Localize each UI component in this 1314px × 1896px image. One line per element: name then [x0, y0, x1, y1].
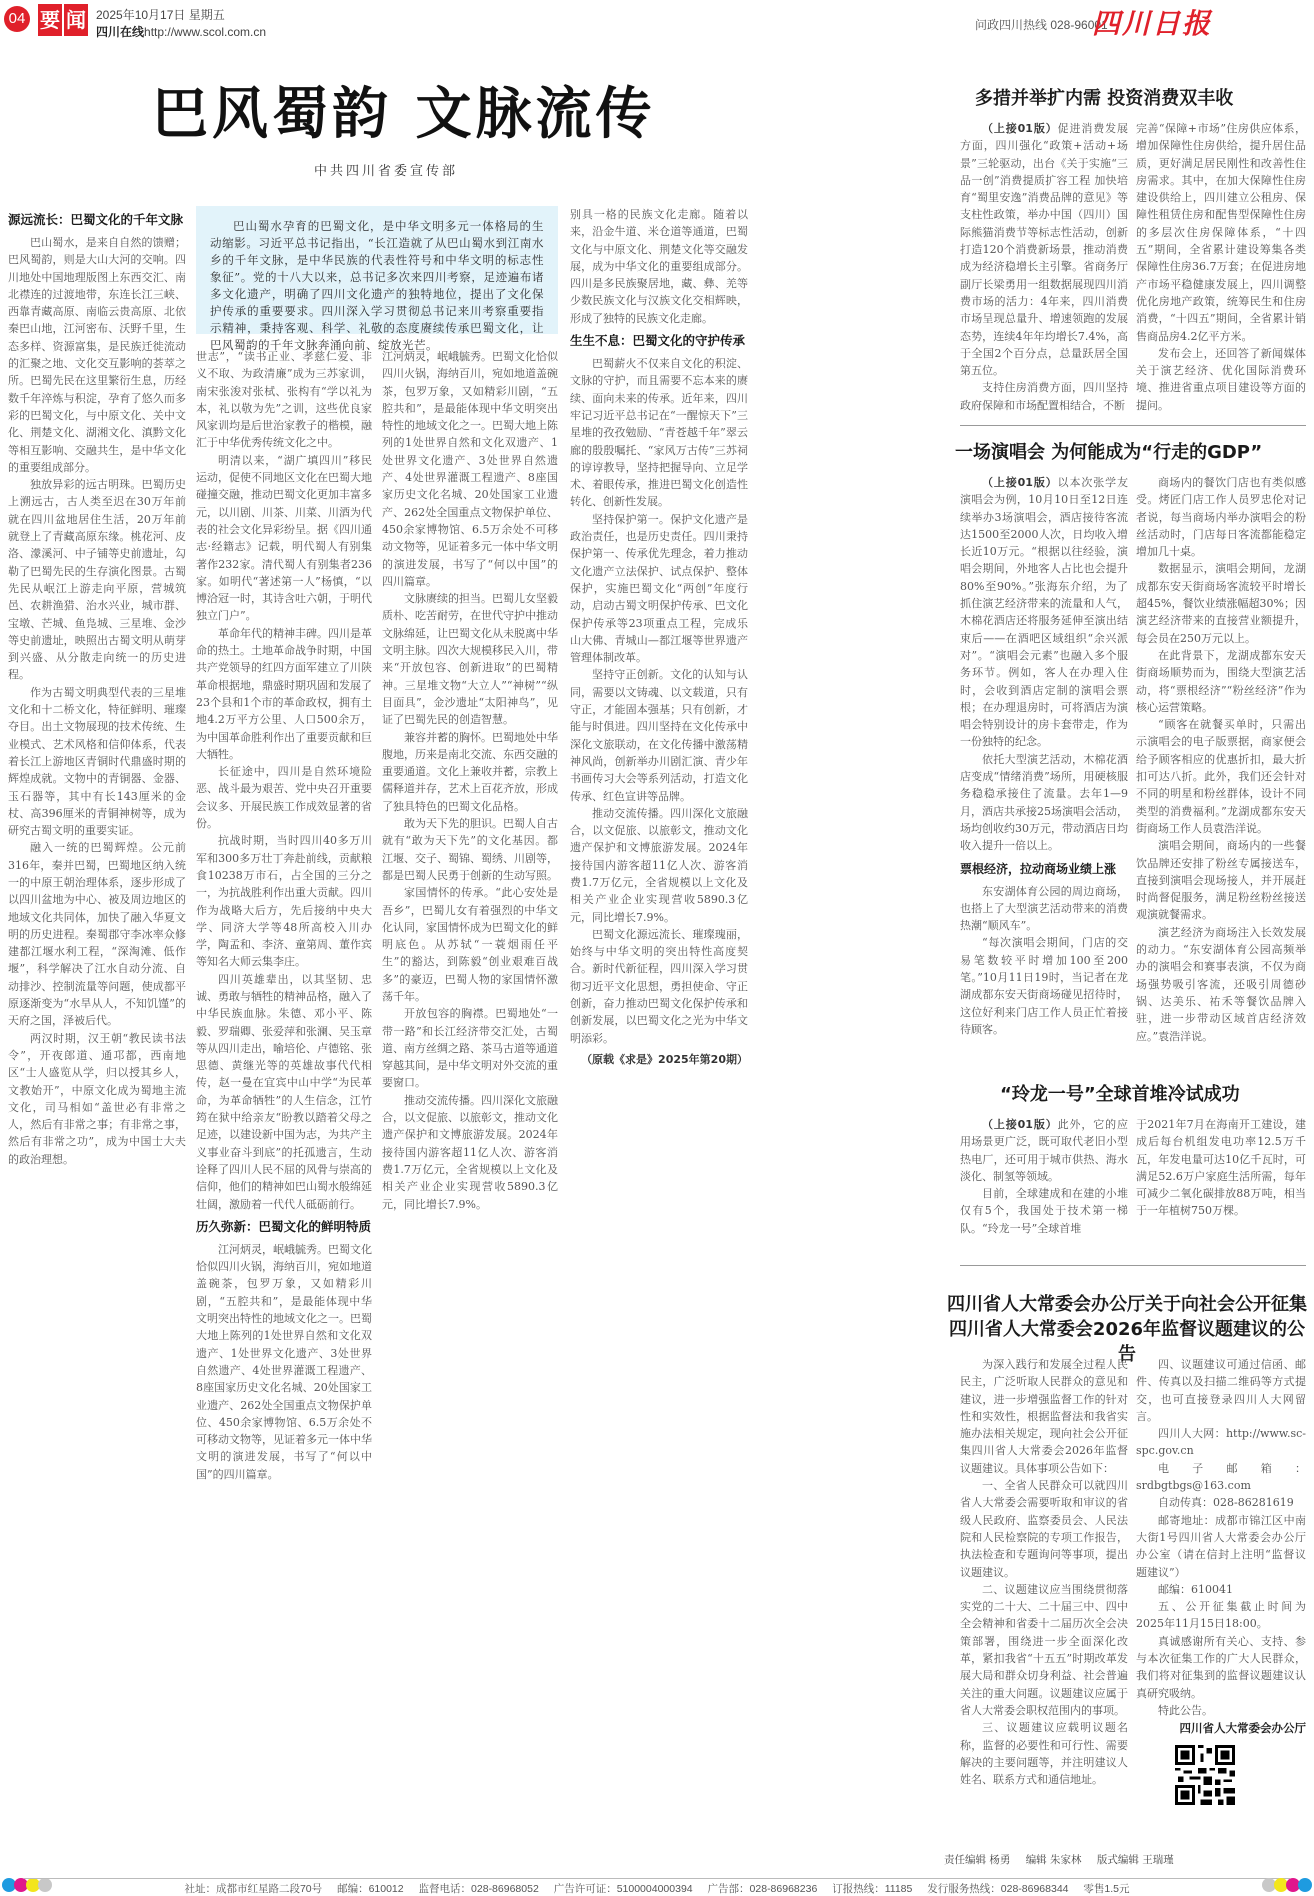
paragraph: 推动交流传播。四川深化文旅融合，以文促旅、以旅彰文，推动文化遗产保护和文博旅游发… — [382, 1092, 558, 1213]
paragraph: 巴蜀文化源远流长、璀璨瑰丽，始终与中华文明的突出特性高度契合。新时代新征程，四川… — [570, 926, 748, 1047]
article-1-column-1: （上接01版）促进消费发展方面，四川强化“政策+活动+场景”三轮驱动，出台《关于… — [960, 120, 1128, 418]
layout-editor: 版式编辑 王瑞瑾 — [1097, 1854, 1174, 1866]
paragraph: 明清以来，“湖广填四川”移民运动，促使不同地区文化在巴蜀大地碰撞交融，推动巴蜀文… — [196, 452, 372, 625]
paragraph: 推动交流传播。四川深化文旅融合，以文促旅、以旅彰文，推动文化遗产保护和文博旅游发… — [570, 805, 748, 926]
paragraph: 发布会上，还回答了新闻媒体关于演艺经济、优化国际消费环境、推进省重点项目建设等方… — [1136, 345, 1306, 414]
paragraph: 四、议题建议可通过信函、邮件、传真以及扫描二维码等方式提交，也可直接登录四川人大… — [1136, 1356, 1306, 1425]
paragraph: 革命年代的精神丰碑。四川是革命的热土。土地革命战争时期，中国共产党领导的红四方面… — [196, 625, 372, 763]
article-2-column-1: （上接01版）以本次张学友演唱会为例，10月10日至12日连续举办3场演唱会，酒… — [960, 474, 1128, 1064]
paragraph: 以本次张学友演唱会为例，10月10日至12日连续举办3场演唱会，酒店接待客流达1… — [960, 476, 1128, 748]
notice-column-2: 四、议题建议可通过信函、邮件、传真以及扫描二维码等方式提交，也可直接登录四川人大… — [1136, 1356, 1306, 1736]
article-3-column-2: 于2021年7月在海南开工建设，建成后每台机组发电功率12.5万千瓦，年发电量可… — [1136, 1116, 1306, 1244]
qr-code-icon — [1175, 1745, 1235, 1805]
paragraph: 为深入践行和发展全过程人民民主，广泛听取人民群众的意见和建议，进一步增强监督工作… — [960, 1356, 1128, 1477]
footer-address: 社址：成都市红星路二段70号 — [184, 1883, 322, 1895]
article-2-column-2: 商场内的餐饮门店也有类似感受。烤匠门店工作人员罗忠伦对记者说，每当商场内举办演唱… — [1136, 474, 1306, 1064]
paragraph: 开放包容的胸襟。巴蜀地处“一带一路”和长江经济带交汇处，古蜀道、南方丝绸之路、茶… — [382, 1005, 558, 1091]
paragraph: 数据显示，演唱会期间，龙湖成都东安天街商场客流较平时增长超45%，餐饮业绩涨幅超… — [1136, 560, 1306, 646]
email-line[interactable]: 电子邮箱：srdbgtbgs@163.com — [1136, 1460, 1306, 1495]
divider — [960, 1265, 1306, 1266]
closing: 特此公告。 — [1136, 1702, 1306, 1719]
feature-intro-box: 巴山蜀水孕育的巴蜀文化，是中华文明多元一体格局的生动缩影。习近平总书记指出，“长… — [196, 206, 558, 334]
paragraph: 四川英雄辈出，以其坚韧、忠诚、勇敢与牺牲的精神品格，融入了中华民族血脉。朱德、邓… — [196, 971, 372, 1213]
paragraph: 依托大型演艺活动，木棉花酒店变成“情绪消费”场所，用硬核服务稳稳承接住了流量。去… — [960, 751, 1128, 855]
divider — [960, 425, 1306, 426]
paragraph: 别具一格的民族文化走廊。随着以来，沿金牛道、米仓道等通道，巴蜀文化与中原文化、荆… — [570, 206, 748, 327]
footer-rule — [24, 1878, 1290, 1879]
paragraph: 独放异彩的远古明珠。巴蜀历史上溯远古，古人类至迟在30万年前就在四川盆地居住生活… — [8, 476, 186, 684]
source-note: （原载《求是》2025年第20期） — [570, 1051, 748, 1067]
paragraph: 在此背景下，龙湖成都东安天街商场顺势而为，围绕大型演艺活动，将“票根经济”“粉丝… — [1136, 647, 1306, 716]
article-3-headline: “玲龙一号”全球首堆冷试成功 — [1000, 1080, 1240, 1106]
paragraph: 完善“保障+市场”住房供应体系，增加保障性住房供给，提升居住品质，更好满足居民刚… — [1136, 120, 1306, 345]
feature-column-4: 别具一格的民族文化走廊。随着以来，沿金牛道、米仓道等通道，巴蜀文化与中原文化、荆… — [570, 206, 748, 1846]
notice-headline-line-1: 四川省人大常委会办公厅关于向社会公开征集 — [940, 1292, 1314, 1317]
paragraph: 五、公开征集截止时间为2025年11月15日18:00。 — [1136, 1598, 1306, 1633]
masthead: 04 要 闻 2025年10月17日 星期五 四川在线http://www.sc… — [0, 0, 1314, 44]
editor-credits: 责任编辑 杨勇 编辑 朱家林 版式编辑 王瑞瑾 — [944, 1852, 1186, 1867]
site-url[interactable]: http://www.scol.com.cn — [144, 25, 266, 39]
section-heading: 历久弥新：巴蜀文化的鲜明特质 — [196, 1217, 372, 1237]
feature-column-1: 源远流长：巴蜀文化的千年文脉 巴山蜀水，是来自自然的馈赠；巴风蜀韵，则是大山大河… — [8, 206, 186, 1846]
section-heading: 源远流长：巴蜀文化的千年文脉 — [8, 210, 186, 230]
continuation-lead: （上接01版） — [982, 122, 1058, 135]
paragraph: 文脉赓续的担当。巴蜀儿女坚毅质朴、吃苦耐劳，在世代守护中推动文脉绵延，让巴蜀文化… — [382, 590, 558, 728]
paragraph: 促进消费发展方面，四川强化“政策+活动+场景”三轮驱动，出台《关于实施“三品一创… — [960, 122, 1128, 377]
paragraph: 坚持守正创新。文化的认知与认同，需要以文铸魂、以文载道，只有守正，才能固本强基；… — [570, 666, 748, 804]
issue-date: 2025年10月17日 星期五 — [96, 6, 225, 23]
footer-ad-dept: 广告部：028-86968236 — [708, 1883, 818, 1895]
paragraph: 巴山蜀水，是来自自然的馈赠；巴风蜀韵，则是大山大河的交响。四川地处中国地理版图上… — [8, 234, 186, 476]
address-line: 邮寄地址：成都市锦江区中南大街1号四川省人大常委会办公厅办公室（请在信封上注明“… — [1136, 1512, 1306, 1581]
feature-byline: 中共四川省委宣传部 — [314, 160, 458, 179]
paragraph: 坚持保护第一。保护文化遗产是政治责任，也是历史责任。四川秉持保护第一、传承优先理… — [570, 511, 748, 667]
paragraph: 江河炳灵，岷峨毓秀。巴蜀文化恰似四川火锅，海纳百川，宛如地道盖碗茶，包罗万象，又… — [382, 348, 558, 590]
hotline: 问政四川热线 028-96001 — [975, 16, 1108, 33]
paragraph: 二、议题建议应当围绕贯彻落实党的二十大、二十届三中、四中全会精神和省委十二届历次… — [960, 1581, 1128, 1719]
paragraph: 两汉时期，汉王朝“教民读书法令”，开夜郎道、通邛都，西南地区“士人盛览从学，归以… — [8, 1030, 186, 1168]
paragraph: 商场内的餐饮门店也有类似感受。烤匠门店工作人员罗忠伦对记者说，每当商场内举办演唱… — [1136, 474, 1306, 560]
feature-intro-text: 巴山蜀水孕育的巴蜀文化，是中华文明多元一体格局的生动缩影。习近平总书记指出，“长… — [210, 218, 544, 354]
article-1-headline: 多措并举扩内需 投资消费双丰收 — [975, 84, 1233, 110]
paragraph: 真诚感谢所有关心、支持、参与本次征集工作的广大人民群众，我们将对征集到的监督议题… — [1136, 1633, 1306, 1702]
chief-editor: 责任编辑 杨勇 — [944, 1854, 1010, 1866]
footer-ad-license: 广告许可证：5100004000394 — [554, 1883, 693, 1895]
site-label: 四川在线 — [96, 25, 144, 39]
article-3-column-1: （上接01版）此外，它的应用场景更广泛，既可取代老旧小型热电厂，还可用于城市供热… — [960, 1116, 1128, 1244]
footer-postcode: 邮编：610012 — [337, 1883, 404, 1895]
newspaper-logo: 四川日报 — [1092, 2, 1212, 42]
feature-headline: 巴风蜀韵 文脉流传 — [152, 70, 656, 150]
paragraph: 支持住房消费方面，四川坚持政府保障和市场配置相结合，不断 — [960, 379, 1128, 414]
notice-column-1: 为深入践行和发展全过程人民民主，广泛听取人民群众的意见和建议，进一步增强监督工作… — [960, 1356, 1128, 1850]
paragraph: 敢为天下先的胆识。巴蜀人自古就有“敢为天下先”的文化基因。都江堰、交子、蜀锦、蜀… — [382, 815, 558, 884]
paragraph: 家国情怀的传承。“此心安处是吾乡”，巴蜀儿女有着强烈的中华文化认同，家国情怀成为… — [382, 884, 558, 1005]
footer-price: 零售1.5元 — [1083, 1883, 1129, 1895]
paragraph: “每次演唱会期间，门店的交易笔数较平时增加100至200笔。”10月11日19时… — [960, 934, 1128, 1038]
section-heading: 生生不息：巴蜀文化的守护传承 — [570, 331, 748, 351]
footer-supervision: 监督电话：028-86968052 — [419, 1883, 539, 1895]
paragraph: 演艺经济为商场注入长效发展的动力。“东安湖体育公园高频举办的演唱会和赛事表演，不… — [1136, 924, 1306, 1045]
qr-code[interactable] — [1175, 1745, 1235, 1805]
fax-line: 自动传真：028-86281619 — [1136, 1494, 1306, 1511]
divider — [960, 1070, 1306, 1071]
article-2-subhead: 票根经济，拉动商场业绩上涨 — [960, 859, 1128, 879]
feature-column-2: 世志”，“读书正业、孝慈仁爱、非义不取、为政清廉”成为三苏家训，南宋张浚对张栻、… — [196, 348, 372, 1848]
footer-distribution: 发行服务热线：028-86968344 — [927, 1883, 1068, 1895]
paragraph: 一、全省人民群众可以就四川省人大常委会需要听取和审议的省级人民政府、监察委员会、… — [960, 1477, 1128, 1581]
article-2-headline: 一场演唱会 为何能成为“行走的GDP” — [955, 438, 1262, 464]
continuation-lead: （上接01版） — [982, 1118, 1058, 1131]
paragraph: 三、议题建议应载明议题名称，监督的必要性和可行性、需要解决的主要问题等，并注明建… — [960, 1719, 1128, 1788]
postcode-line: 邮编：610041 — [1136, 1581, 1306, 1598]
article-1-column-2: 完善“保障+市场”住房供应体系，增加保障性住房供给，提升居住品质，更好满足居民刚… — [1136, 120, 1306, 418]
editor: 编辑 朱家林 — [1026, 1854, 1082, 1866]
continuation-lead: （上接01版） — [982, 476, 1058, 489]
paragraph: 融入一统的巴蜀辉煌。公元前316年，秦并巴蜀，巴蜀地区纳入统一的中原王朝治理体系… — [8, 839, 186, 1029]
footer-info: 社址：成都市红星路二段70号 邮编：610012 监督电话：028-869680… — [0, 1881, 1314, 1896]
website-line[interactable]: 四川人大网：http://www.sc-spc.gov.cn — [1136, 1425, 1306, 1460]
paragraph: 巴蜀薪火不仅来自文化的积淀、文脉的守护，而且需要不忘本来的赓续、面向未来的传承。… — [570, 355, 748, 511]
paragraph: 目前，全球建成和在建的小堆仅有5个，我国处于技术第一梯队。“玲龙一号”全球首堆 — [960, 1185, 1128, 1237]
paragraph: 世志”，“读书正业、孝慈仁爱、非义不取、为政清廉”成为三苏家训，南宋张浚对张栻、… — [196, 348, 372, 452]
paragraph: 江河炳灵，岷峨毓秀。巴蜀文化恰似四川火锅，海纳百川，宛如地道盖碗茶，包罗万象，又… — [196, 1241, 372, 1483]
paragraph: 长征途中，四川是自然环境险恶、战斗最为艰苦、党中央召开重要会议多、开展民族工作成… — [196, 763, 372, 832]
site-line: 四川在线http://www.scol.com.cn — [96, 23, 266, 40]
footer-subscription: 订报热线：11185 — [832, 1883, 912, 1895]
paragraph: 兼容并蓄的胸怀。巴蜀地处中华腹地，历来是南北交流、东西交融的重要通道。文化上兼收… — [382, 729, 558, 815]
paragraph: 抗战时期，当时四川40多万川军和300多万壮丁奔赴前线，贡献粮食10238万市石… — [196, 832, 372, 970]
section-tag-char-2: 闻 — [64, 4, 88, 36]
paragraph: 东安湖体育公园的周边商场，也搭上了大型演艺活动带来的消费热潮“顺风车”。 — [960, 883, 1128, 935]
section-tag-char-1: 要 — [38, 4, 62, 36]
feature-column-3: 江河炳灵，岷峨毓秀。巴蜀文化恰似四川火锅，海纳百川，宛如地道盖碗茶，包罗万象，又… — [382, 348, 558, 1848]
registration-dot-cyan — [1298, 1878, 1312, 1892]
paragraph: 于2021年7月在海南开工建设，建成后每台机组发电功率12.5万千瓦，年发电量可… — [1136, 1116, 1306, 1220]
paragraph: “顾客在就餐买单时，只需出示演唱会的电子版票据，商家便会给予顾客相应的优惠折扣，… — [1136, 716, 1306, 837]
page-number-badge: 04 — [4, 6, 30, 32]
notice-signer: 四川省人大常委会办公厅 — [1136, 1719, 1306, 1736]
paragraph: 作为古蜀文明典型代表的三星堆文化和十二桥文化，特征鲜明、璀璨夺目。出土文物展现的… — [8, 684, 186, 840]
paragraph: 演唱会期间，商场内的一些餐饮品牌还安排了粉丝专属接送车，直接到演唱会现场接人，并… — [1136, 837, 1306, 923]
